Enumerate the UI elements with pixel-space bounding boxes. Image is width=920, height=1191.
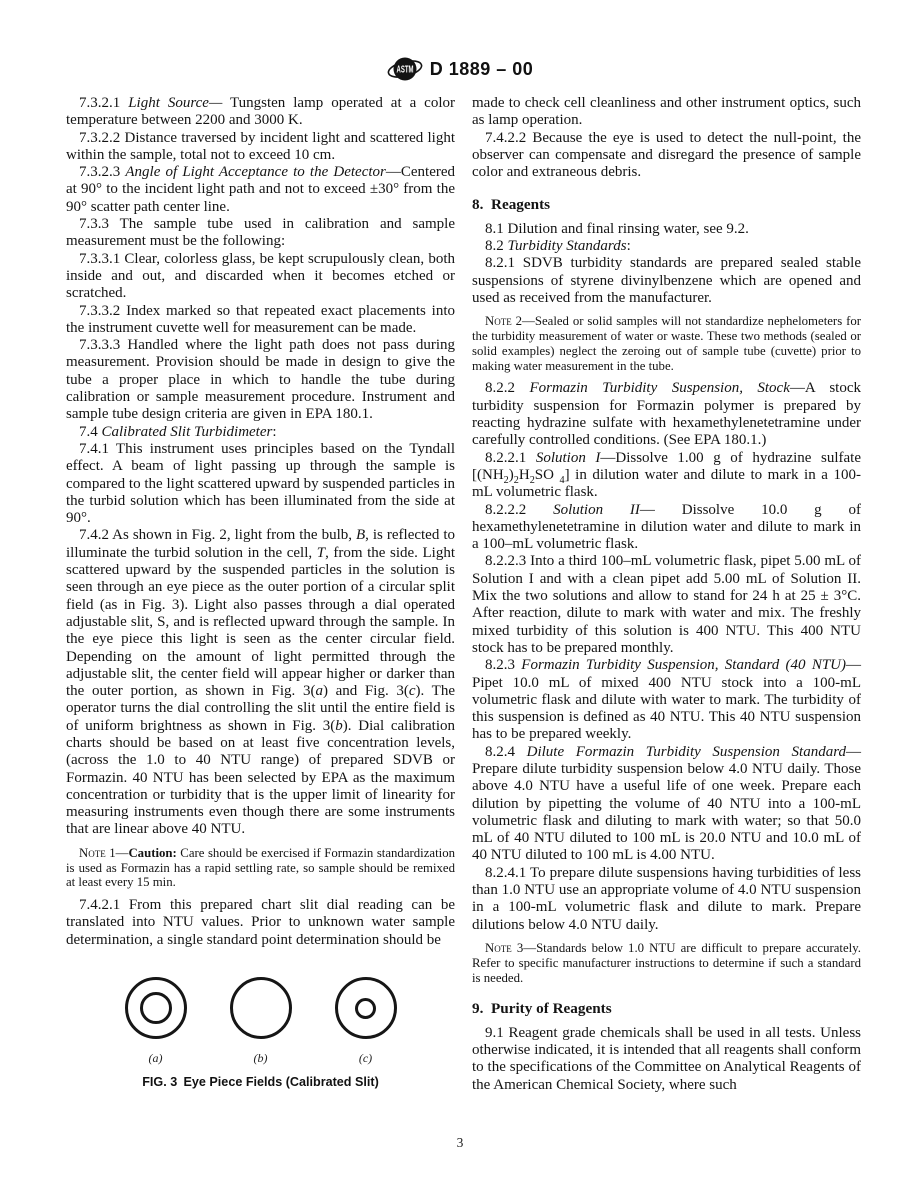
right-column: made to check cell cleanliness and other… (472, 95, 861, 1094)
page-number: 3 (457, 1135, 464, 1150)
eyepiece-field-c (335, 977, 397, 1039)
body-paragraph: 7.3.2.3 Angle of Light Acceptance to the… (66, 164, 455, 216)
body-paragraph: 8.2.2.3 Into a third 100–mL volumetric f… (472, 553, 861, 657)
figure-item-c: (c) (326, 977, 406, 1066)
figure-caption: FIG. 3 Eye Piece Fields (Calibrated Slit… (66, 1075, 455, 1089)
body-paragraph: 8.2.3 Formazin Turbidity Suspension, Sta… (472, 657, 861, 743)
body-paragraph: 8.2 Turbidity Standards: (472, 238, 861, 255)
section-heading: 9. Purity of Reagents (472, 1000, 861, 1017)
eyepiece-inner-circle (355, 998, 376, 1019)
note-paragraph: Note 3—Standards below 1.0 NTU are diffi… (472, 941, 861, 985)
figure-item-b: (b) (221, 977, 301, 1066)
figure-label: (c) (359, 1051, 372, 1066)
eyepiece-field-b (230, 977, 292, 1039)
body-paragraph: 7.3.3.2 Index marked so that repeated ex… (66, 303, 455, 338)
body-paragraph: 7.3.3 The sample tube used in calibratio… (66, 216, 455, 251)
page-footer: 3 (0, 1135, 920, 1151)
two-column-layout: 7.3.2.1 Light Source— Tungsten lamp oper… (0, 84, 920, 1094)
left-column: 7.3.2.1 Light Source— Tungsten lamp oper… (66, 95, 455, 1094)
body-paragraph: 7.4.2.1 From this prepared chart slit di… (66, 897, 455, 949)
figure-item-a: (a) (116, 977, 196, 1066)
body-paragraph: 7.4 Calibrated Slit Turbidimeter: (66, 424, 455, 441)
page-header: ASTM D 1889 – 00 (0, 0, 920, 84)
astm-logo: ASTM (387, 54, 423, 84)
note-paragraph: Note 2—Sealed or solid samples will not … (472, 314, 861, 373)
body-paragraph: 7.4.2.2 Because the eye is used to detec… (472, 130, 861, 182)
body-paragraph: 8.2.4 Dilute Formazin Turbidity Suspensi… (472, 744, 861, 865)
standard-code: D 1889 – 00 (430, 59, 534, 80)
body-paragraph: 8.2.4.1 To prepare dilute suspensions ha… (472, 865, 861, 934)
section-heading: 8. Reagents (472, 196, 861, 213)
body-paragraph: 8.2.1 SDVB turbidity standards are prepa… (472, 255, 861, 307)
body-paragraph: 7.3.2.2 Distance traversed by incident l… (66, 130, 455, 165)
svg-text:ASTM: ASTM (396, 65, 413, 76)
figure-label: (b) (254, 1051, 268, 1066)
body-paragraph: 8.2.2 Formazin Turbidity Suspension, Sto… (472, 380, 861, 449)
body-paragraph: 7.4.2 As shown in Fig. 2, light from the… (66, 527, 455, 838)
fig-3-eye-piece-fields: (a)(b)(c)FIG. 3 Eye Piece Fields (Calibr… (66, 977, 455, 1089)
body-paragraph: 7.3.3.3 Handled where the light path doe… (66, 337, 455, 423)
note-paragraph: Note 1—Caution: Care should be exercised… (66, 846, 455, 890)
body-paragraph: 8.2.2.2 Solution II— Dissolve 10.0 g of … (472, 502, 861, 554)
document-page: ASTM D 1889 – 00 7.3.2.1 Light Source— T… (0, 0, 920, 1191)
body-paragraph: 8.1 Dilution and final rinsing water, se… (472, 221, 861, 238)
eyepiece-inner-circle (140, 992, 172, 1024)
figure-circles-row: (a)(b)(c) (66, 977, 455, 1066)
body-paragraph: 7.3.3.1 Clear, colorless glass, be kept … (66, 251, 455, 303)
body-paragraph: 7.3.2.1 Light Source— Tungsten lamp oper… (66, 95, 455, 130)
body-paragraph: made to check cell cleanliness and other… (472, 95, 861, 130)
figure-label: (a) (149, 1051, 163, 1066)
body-paragraph: 8.2.2.1 Solution I—Dissolve 1.00 g of hy… (472, 450, 861, 502)
eyepiece-field-a (125, 977, 187, 1039)
body-paragraph: 9.1 Reagent grade chemicals shall be use… (472, 1025, 861, 1094)
body-paragraph: 7.4.1 This instrument uses principles ba… (66, 441, 455, 527)
